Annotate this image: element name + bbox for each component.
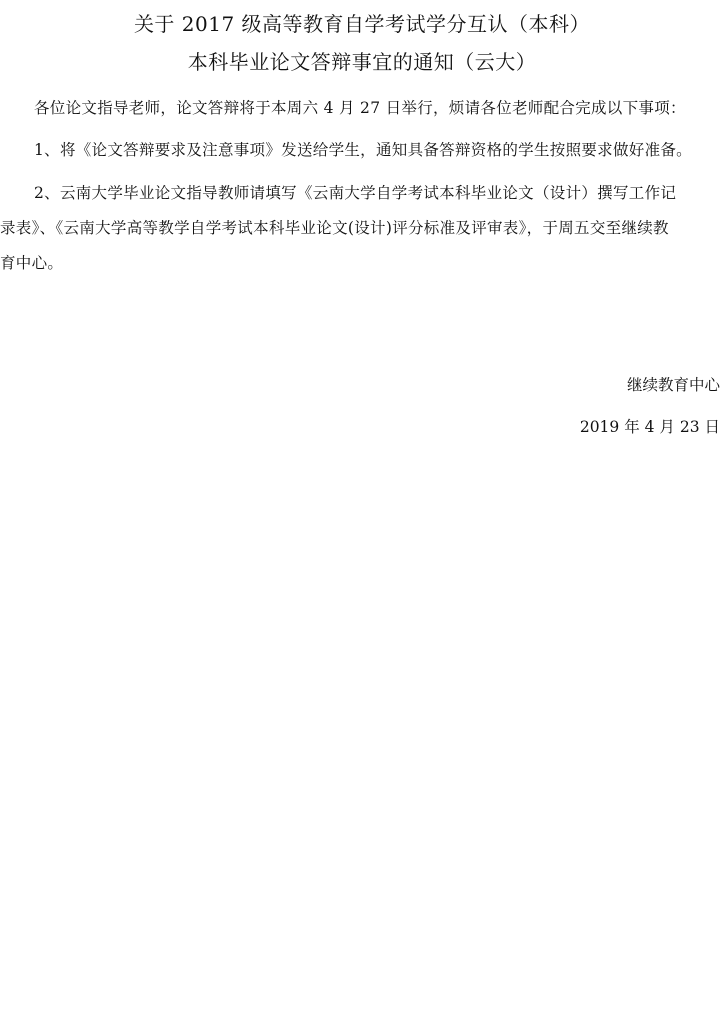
intro-paragraph: 各位论文指导老师，论文答辩将于本周六 4 月 27 日举行，烦请各位老师配合完成… (34, 96, 724, 118)
signature-date: 2019 年 4 月 23 日 (580, 415, 720, 437)
item-2-line-2: 录表》、《云南大学高等教学自学考试本科毕业论文(设计)评分标准及评审表》，于周五… (0, 216, 724, 238)
document-title-line1: 关于 2017 级高等教育自学考试学分互认（本科） (0, 8, 724, 37)
item-1-paragraph: 1、将《论文答辩要求及注意事项》发送给学生，通知具备答辩资格的学生按照要求做好准… (34, 138, 724, 160)
item-2-line-1: 2、云南大学毕业论文指导教师请填写《云南大学自学考试本科毕业论文（设计）撰写工作… (34, 181, 724, 203)
document-title-line2: 本科毕业论文答辩事宜的通知（云大） (0, 46, 724, 75)
item-2-line-3: 育中心。 (0, 251, 724, 273)
signature-organization: 继续教育中心 (627, 373, 720, 395)
